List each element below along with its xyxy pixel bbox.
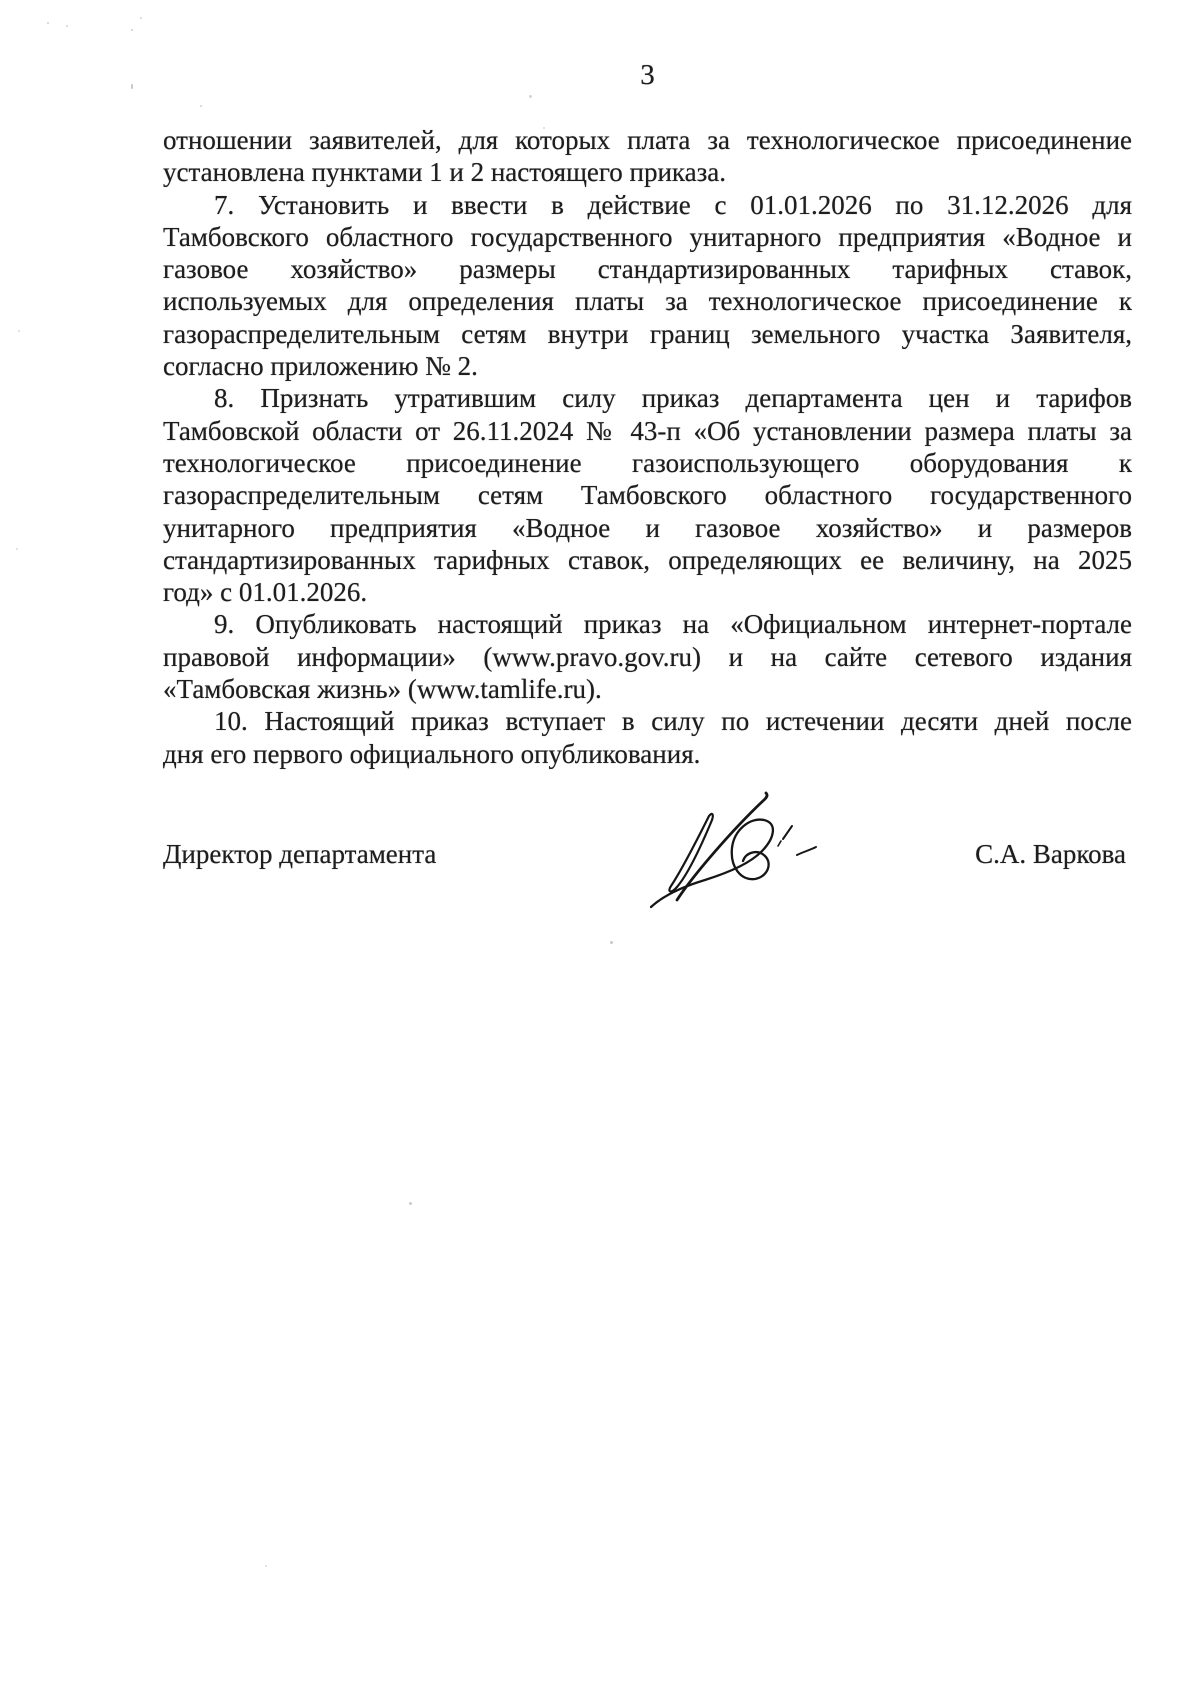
scan-noise-speck [265,1565,267,1567]
scan-noise-speck [529,95,532,98]
text-line: газораспределительным сетям внутри грани… [163,318,1132,350]
text-line: Тамбовского областного государственного … [163,221,1132,253]
paragraph: 9. Опубликовать настоящий приказ на «Офи… [163,608,1132,705]
scan-noise-speck [18,330,20,332]
text-line: газовое хозяйство» размеры стандартизиро… [163,253,1132,285]
paragraph: отношении заявителей, для которых плата … [163,124,1132,189]
text-line: 7. Установить и ввести в действие с 01.0… [163,189,1132,221]
scan-noise-speck [131,84,133,89]
paragraph: 10. Настоящий приказ вступает в силу по … [163,705,1132,770]
scan-noise-speck [140,17,142,19]
text-line: унитарного предприятия «Водное и газовое… [163,512,1132,544]
text-line: технологическое присоединение газоисполь… [163,447,1132,479]
text-line: отношении заявителей, для которых плата … [163,124,1132,156]
scan-noise-speck [610,941,613,944]
text-line: 9. Опубликовать настоящий приказ на «Офи… [163,608,1132,640]
text-line: год» с 01.01.2026. [163,576,1132,608]
text-line: согласно приложению № 2. [163,350,1132,382]
text-line: 8. Признать утратившим силу приказ депар… [163,382,1132,414]
text-line: «Тамбовская жизнь» (www.tamlife.ru). [163,673,1132,705]
scan-noise-speck [131,29,133,31]
paragraph: 7. Установить и ввести в действие с 01.0… [163,189,1132,383]
scan-noise-speck [409,1202,412,1205]
scan-noise-speck [543,127,545,129]
handwritten-signature-icon [650,790,820,912]
signatory-name: С.А. Варкова [975,838,1126,870]
text-line: используемых для определения платы за те… [163,285,1132,317]
text-line: дня его первого официального опубликован… [163,738,1132,770]
signature-block: Директор департамента С.А. Варкова [163,838,1132,872]
text-line: правовой информации» (www.pravo.gov.ru) … [163,641,1132,673]
scan-noise-speck [66,25,68,27]
paragraph: 8. Признать утратившим силу приказ депар… [163,382,1132,608]
scan-noise-speck [47,22,49,24]
text-line: стандартизированных тарифных ставок, опр… [163,544,1132,576]
document-page: 3 отношении заявителей, для которых плат… [0,0,1200,1697]
scan-noise-speck [200,105,202,107]
signatory-title: Директор департамента [163,838,436,870]
scan-noise-speck [16,548,18,550]
text-line: газораспределительным сетям Тамбовского … [163,479,1132,511]
text-line: Тамбовской области от 26.11.2024 № 43-п … [163,415,1132,447]
document-body: отношении заявителей, для которых плата … [163,124,1132,770]
document-content: отношении заявителей, для которых плата … [163,124,1132,872]
page-number: 3 [163,58,1132,92]
text-line: 10. Настоящий приказ вступает в силу по … [163,705,1132,737]
text-line: установлена пунктами 1 и 2 настоящего пр… [163,156,1132,188]
